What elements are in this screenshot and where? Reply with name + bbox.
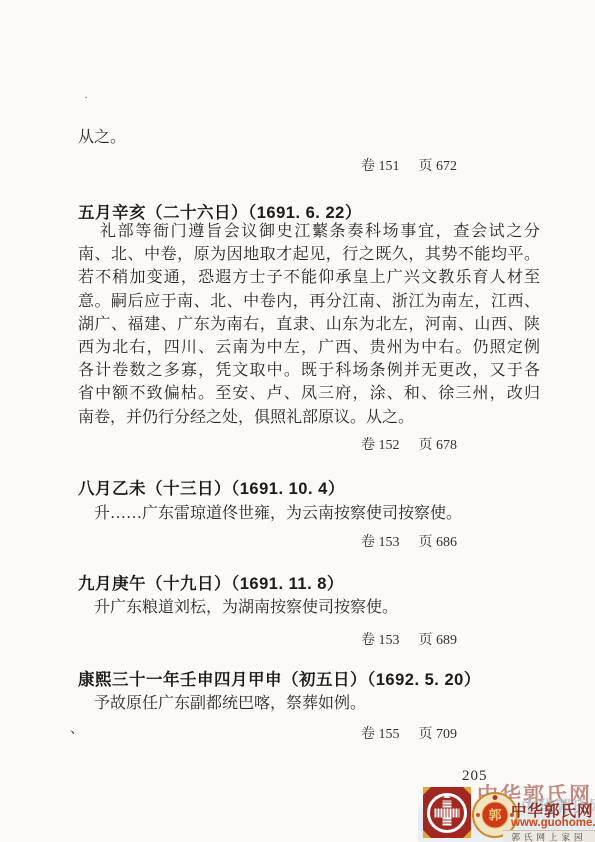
entry-1-body: 礼部等衙门遵旨会议御史江蘩条奏科场事宜，查会试之分 南、北、中卷，原为因地取才起… (78, 220, 540, 429)
entry-0-volume-page-ref: 卷 151 页 672 (361, 155, 457, 175)
watermark-site-url: www.guohome.org (511, 817, 595, 829)
body-line: 湖广、福建、广东为南右，直隶、山东为北左，河南、山西、陕 (78, 313, 540, 336)
page-label: 页 686 (419, 531, 458, 551)
volume-label: 卷 152 (361, 434, 400, 454)
page-label: 页 678 (419, 434, 458, 454)
entry-4-date-heading: 康熙三十一年壬申四月甲申（初五日）（1692. 5. 20） (78, 666, 481, 690)
body-line: 若不稍加变通，恐遐方士子不能仰承皇上广兴文教乐育人材至 (78, 266, 540, 289)
volume-label: 卷 151 (361, 155, 400, 175)
body-line: 南、北、中卷，原为因地取才起见，行之既久，其势不能均平。 (78, 243, 540, 266)
body-line: 各计卷数之多寡，凭文取中。既于科场条例并无更改，又于各 (78, 359, 540, 382)
seal-corner-ornament (463, 787, 471, 795)
seal-cross-icon (435, 808, 460, 817)
scanned-book-page: · 、 从之。 卷 151 页 672 五月辛亥（二十六日）（1691. 6. … (0, 0, 595, 842)
entry-2-body-line: 升……广东雷琼道佟世雍，为云南按察使司按察使。 (78, 500, 462, 523)
body-line: 礼部等衙门遵旨会议御史江蘩条奏科场事宜，查会试之分 (78, 220, 540, 243)
entry-0-body-line: 从之。 (78, 124, 126, 147)
body-line: 西为北右，四川、云南为中左，广西、贵州为中右。仍照定例 (78, 336, 540, 359)
page-label: 页 709 (419, 723, 458, 743)
volume-label: 卷 155 (361, 723, 400, 743)
entry-4-volume-page-ref: 卷 155 页 709 (361, 723, 457, 743)
watermark-slogan-band: 郭氏网上家园 (503, 830, 595, 842)
body-line: 南卷，并仍行分经之处，俱照礼部原议。从之。 (78, 406, 540, 429)
entry-4-body-line: 予故原任广东副都统巴喀，祭葬如例。 (78, 690, 366, 713)
entry-3-date-heading: 九月庚午（十九日）（1691. 11. 8） (78, 570, 344, 594)
entry-2-date-heading: 八月乙未（十三日）（1691. 10. 4） (78, 475, 345, 499)
volume-label: 卷 153 (361, 629, 400, 649)
medallion-character: 郭 (482, 802, 509, 829)
seal-corner-ornament (423, 830, 431, 838)
seal-corner-ornament (423, 787, 431, 795)
page-label: 页 672 (419, 155, 458, 175)
entry-2-volume-page-ref: 卷 153 页 686 (361, 531, 457, 551)
seal-corner-ornament (463, 830, 471, 838)
medallion-side-dot (476, 813, 480, 817)
entry-3-body-line: 升广东粮道刘枟，为湖南按察使司按察使。 (78, 594, 398, 617)
body-line: 省中额不致偏枯。至安、卢、凤三府，涂、和、徐三州，改归 (78, 382, 540, 405)
body-line: 意。嗣后应于南、北、中卷内，再分江南、浙江为南左，江西、 (78, 290, 540, 313)
page-label: 页 689 (419, 629, 458, 649)
square-seal-logo (423, 787, 471, 838)
entry-1-volume-page-ref: 卷 152 页 678 (361, 434, 457, 454)
volume-label: 卷 153 (361, 531, 400, 551)
stray-dun-mark: 、 (70, 718, 84, 738)
entry-3-volume-page-ref: 卷 153 页 689 (361, 629, 457, 649)
stray-dot-mark: · (84, 90, 88, 105)
medallion-top-dot (493, 795, 498, 800)
